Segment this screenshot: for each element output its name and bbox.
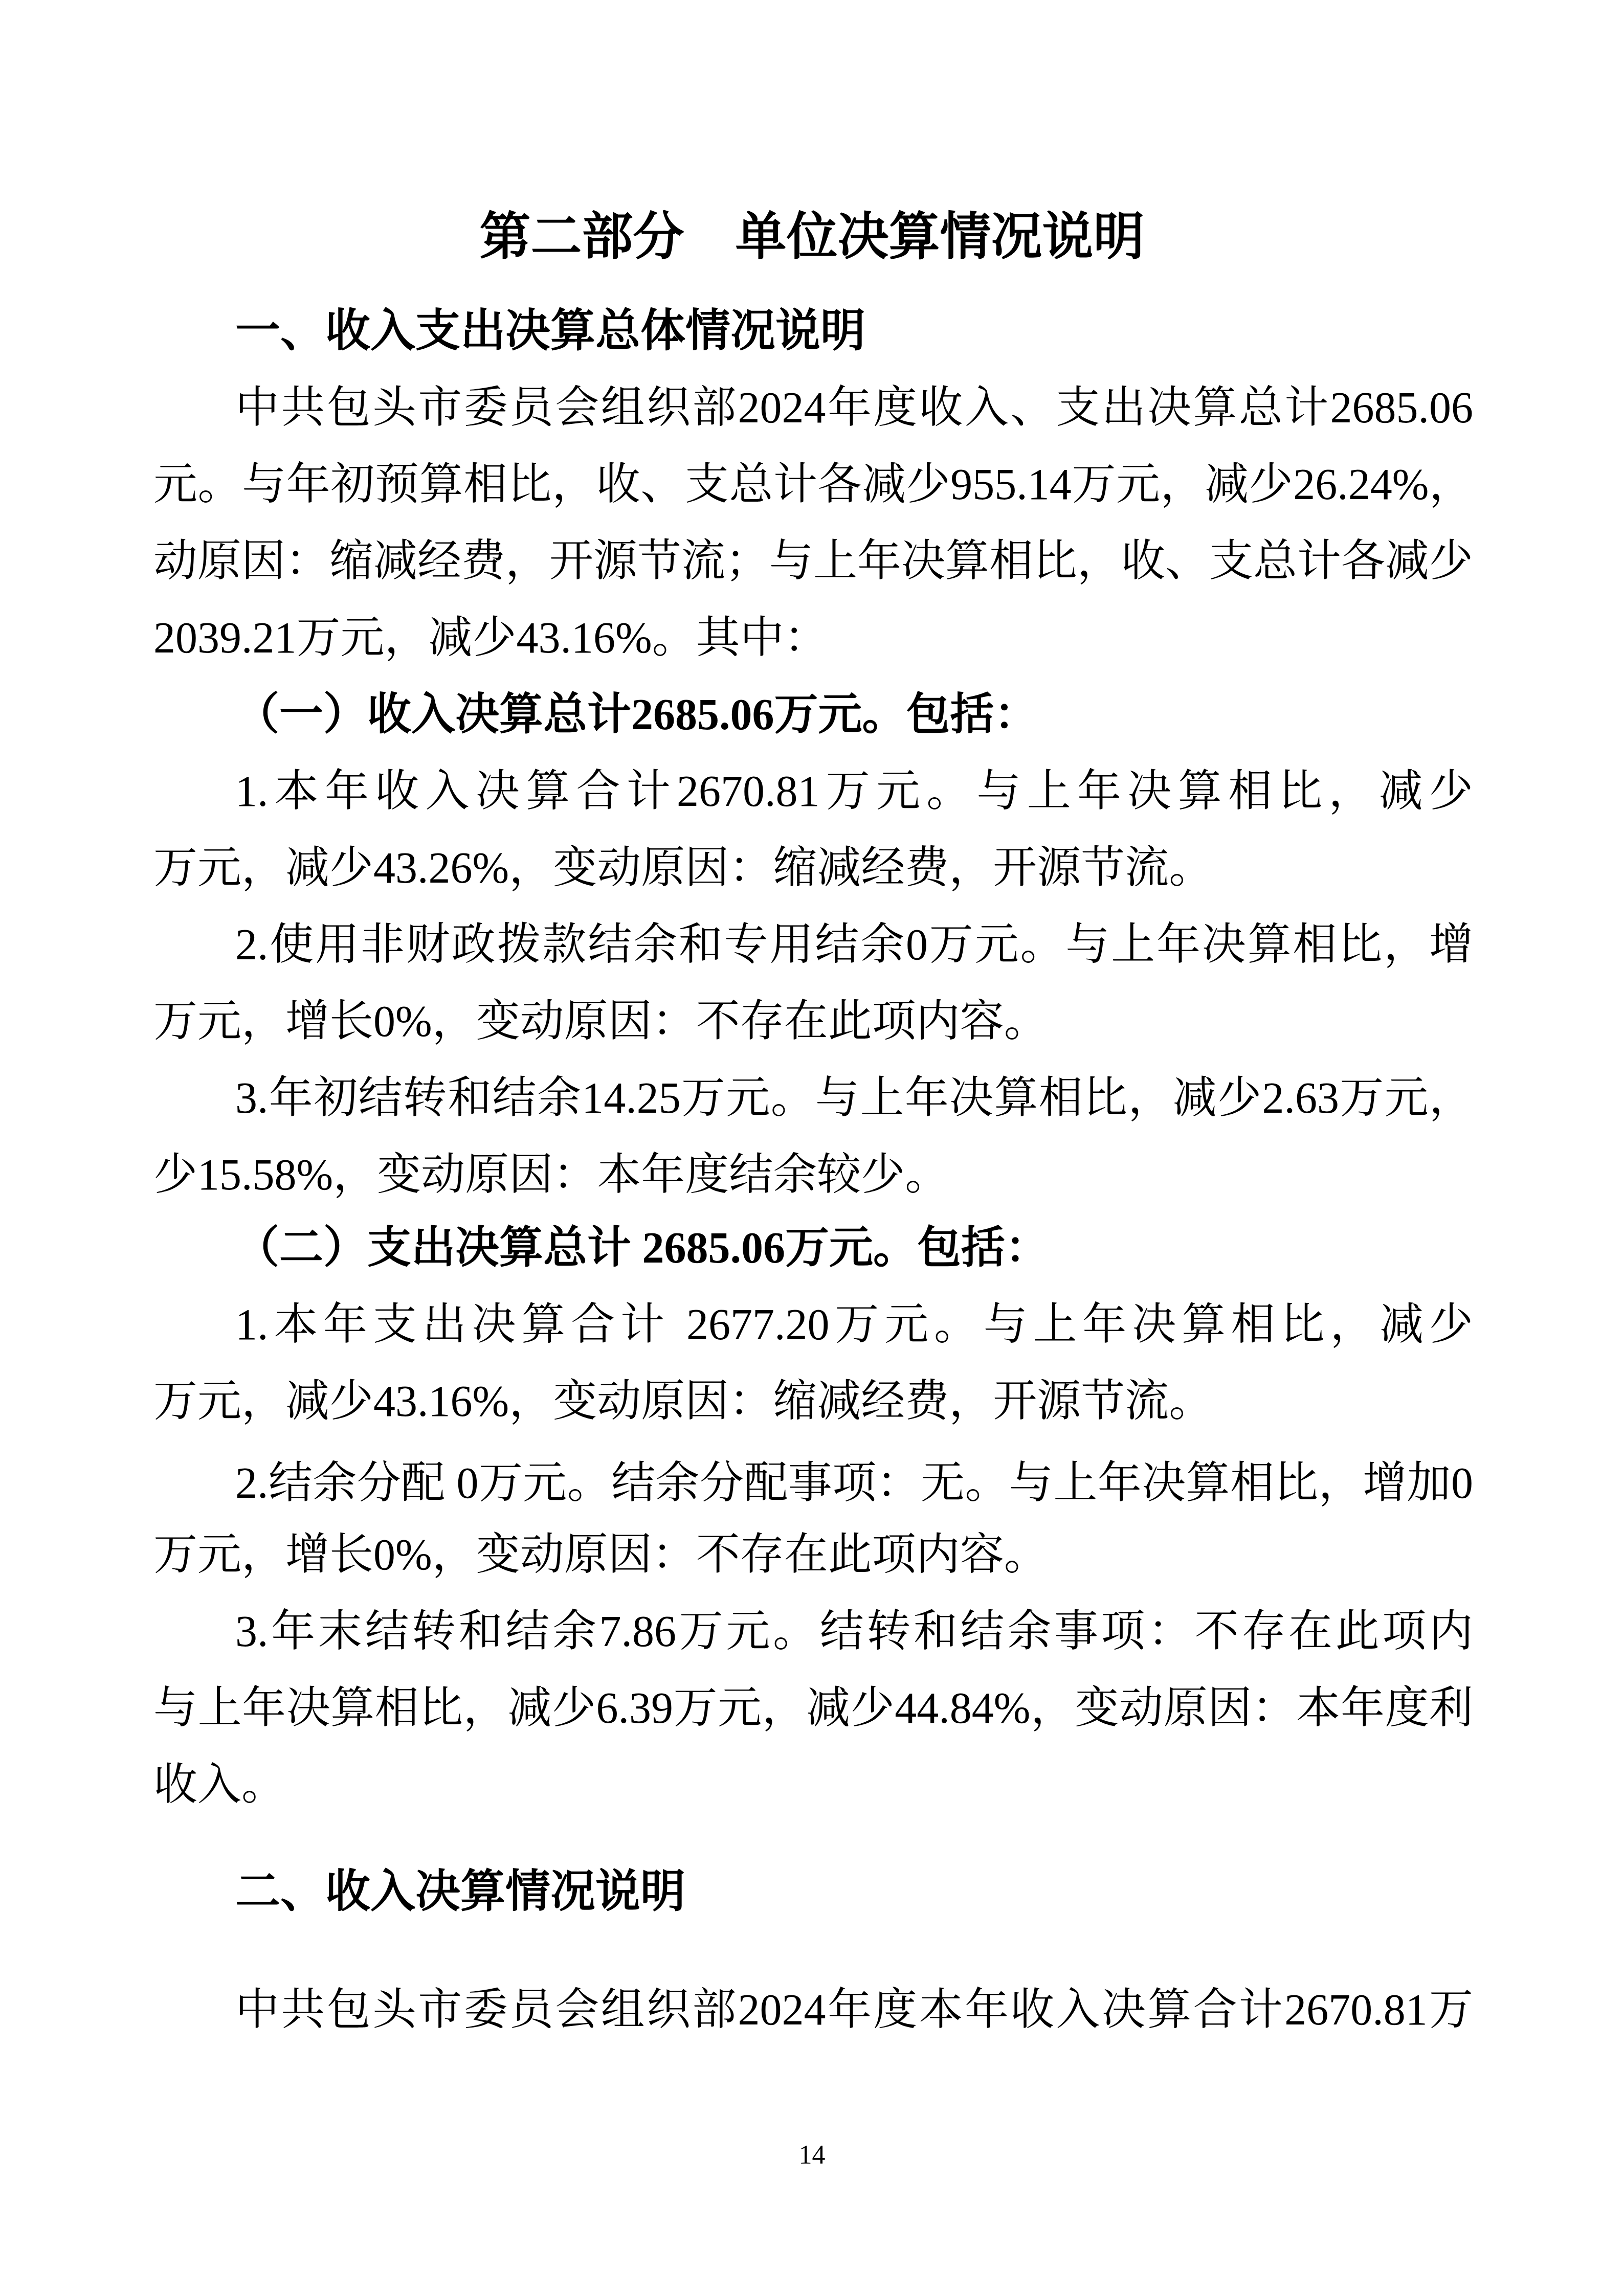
income-item-line: 1.本年收入决算合计2670.81万元。与上年决算相比，减少2036.58 [153, 753, 1473, 829]
income-item-line: 少15.58%，变动原因：本年度结余较少。 [153, 1136, 1473, 1213]
expenditure-item-line: 2.结余分配 0万元。结余分配事项：无。与上年决算相比，增加0 [153, 1445, 1473, 1521]
expenditure-item-line: 万元，减少43.16%，变动原因：缩减经费，开源节流。 [153, 1363, 1473, 1439]
intro-line: 动原因：缩减经费，开源节流；与上年决算相比，收、支总计各减少 [153, 523, 1473, 599]
document-page: 第二部分 单位决算情况说明 一、收入支出决算总体情况说明 中共包头市委员会组织部… [0, 0, 1624, 2296]
expenditure-item-line: 1.本年支出决算合计 2677.20万元。与上年决算相比，减少2032.82 [153, 1286, 1473, 1363]
expenditure-item-line: 收入。 [153, 1746, 1473, 1823]
page-number: 14 [0, 2140, 1624, 2171]
document-title: 第二部分 单位决算情况说明 [0, 196, 1624, 278]
income-item-line: 万元，减少43.26%，变动原因：缩减经费，开源节流。 [153, 829, 1473, 906]
intro-line: 中共包头市委员会组织部2024年度收入、支出决算总计2685.06万 [153, 369, 1473, 446]
subheading-expenditure: （二）支出决算总计 2685.06万元。包括： [153, 1209, 1473, 1286]
subheading-income: （一）收入决算总计2685.06万元。包括： [153, 676, 1473, 753]
heading-section-2: 二、收入决算情况说明 [153, 1853, 1473, 1929]
income-item-line: 3.年初结转和结余14.25万元。与上年决算相比，减少2.63万元，减 [153, 1060, 1473, 1136]
intro-line: 2039.21万元，减少43.16%。其中： [153, 599, 1473, 676]
intro-line: 元。与年初预算相比，收、支总计各减少955.14万元，减少26.24%，变 [153, 446, 1473, 523]
income-item-line: 万元，增长0%，变动原因：不存在此项内容。 [153, 983, 1473, 1060]
heading-section-1: 一、收入支出决算总体情况说明 [153, 292, 1473, 369]
expenditure-item-line: 与上年决算相比，减少6.39万元，减少44.84%，变动原因：本年度利息 [153, 1670, 1473, 1746]
expenditure-item-line: 3.年末结转和结余7.86万元。结转和结余事项：不存在此项内容。 [153, 1593, 1473, 1670]
expenditure-item-line: 万元，增长0%，变动原因：不存在此项内容。 [153, 1516, 1473, 1593]
section2-intro-line: 中共包头市委员会组织部2024年度本年收入决算合计2670.81万 [153, 1971, 1473, 2048]
income-item-line: 2.使用非财政拨款结余和专用结余0万元。与上年决算相比，增加0 [153, 906, 1473, 983]
